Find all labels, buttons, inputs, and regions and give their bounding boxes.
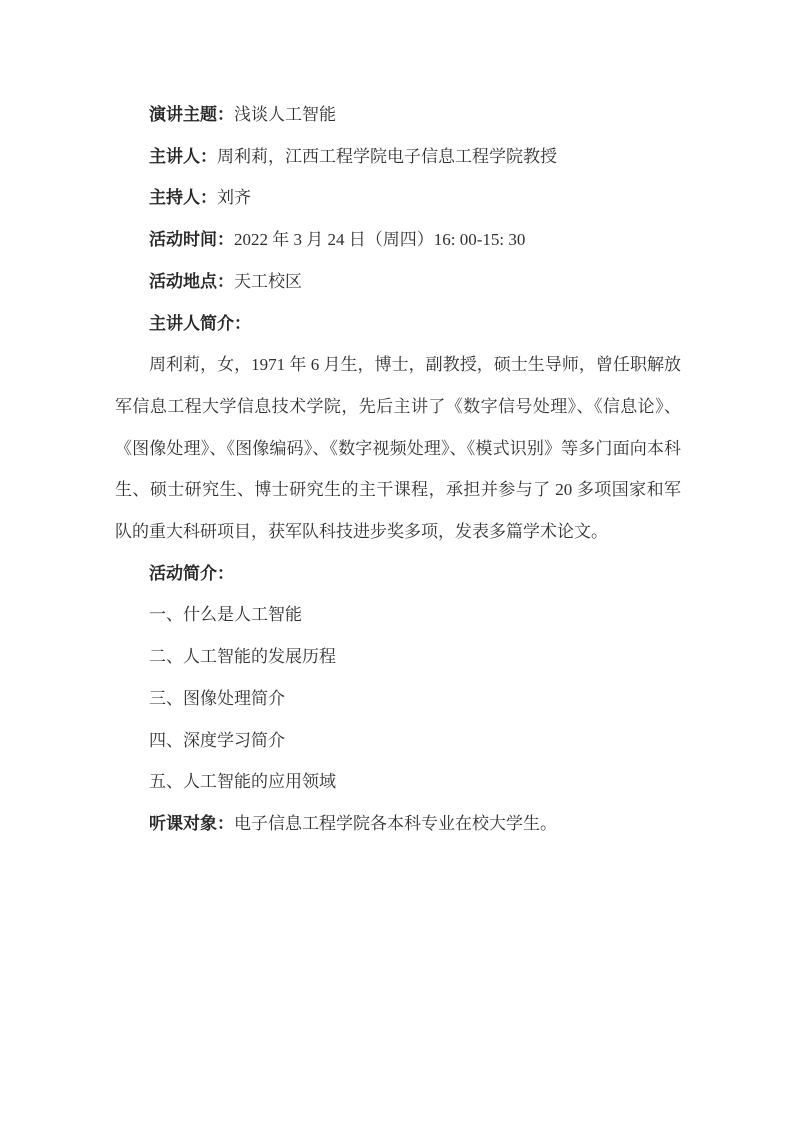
activity-intro-heading: 活动简介： bbox=[115, 553, 681, 595]
document-page: 演讲主题：浅谈人工智能 主讲人：周利莉，江西工程学院电子信息工程学院教授 主持人… bbox=[0, 0, 793, 1122]
meta-value-host: 刘齐 bbox=[217, 188, 251, 207]
meta-label-location: 活动地点： bbox=[149, 272, 234, 291]
audience-line: 听课对象：电子信息工程学院各本科专业在校大学生。 bbox=[115, 803, 681, 845]
meta-label-topic: 演讲主题： bbox=[149, 105, 234, 124]
meta-value-speaker: 周利莉，江西工程学院电子信息工程学院教授 bbox=[217, 147, 557, 166]
meta-line-time: 活动时间：2022 年 3 月 24 日（周四）16: 00-15: 30 bbox=[115, 219, 681, 261]
meta-line-host: 主持人：刘齐 bbox=[115, 177, 681, 219]
speaker-intro-paragraph: 周利莉，女，1971 年 6 月生，博士，副教授，硕士生导师，曾任职解放军信息工… bbox=[115, 344, 681, 553]
audience-label: 听课对象： bbox=[149, 814, 234, 833]
agenda-item-3: 三、图像处理简介 bbox=[115, 678, 681, 720]
meta-label-host: 主持人： bbox=[149, 188, 217, 207]
agenda-item-1: 一、什么是人工智能 bbox=[115, 594, 681, 636]
meta-line-location: 活动地点：天工校区 bbox=[115, 261, 681, 303]
meta-label-time: 活动时间： bbox=[149, 230, 234, 249]
meta-value-time: 2022 年 3 月 24 日（周四）16: 00-15: 30 bbox=[234, 230, 525, 249]
agenda-item-2: 二、人工智能的发展历程 bbox=[115, 636, 681, 678]
meta-value-topic: 浅谈人工智能 bbox=[234, 105, 336, 124]
meta-label-speaker: 主讲人： bbox=[149, 147, 217, 166]
agenda-item-5: 五、人工智能的应用领域 bbox=[115, 761, 681, 803]
agenda-item-4: 四、深度学习简介 bbox=[115, 720, 681, 762]
meta-line-speaker: 主讲人：周利莉，江西工程学院电子信息工程学院教授 bbox=[115, 136, 681, 178]
audience-value: 电子信息工程学院各本科专业在校大学生。 bbox=[234, 814, 557, 833]
meta-value-location: 天工校区 bbox=[234, 272, 302, 291]
meta-line-topic: 演讲主题：浅谈人工智能 bbox=[115, 94, 681, 136]
speaker-intro-heading: 主讲人简介： bbox=[115, 303, 681, 345]
